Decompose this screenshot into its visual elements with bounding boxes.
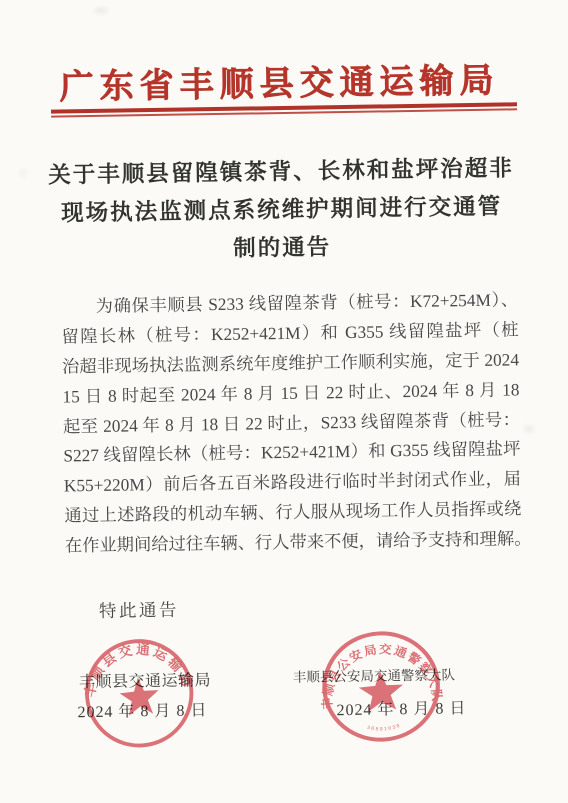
seal-serial-number: 30891038 [366, 722, 403, 733]
official-seal-traffic-police: 丰顺县公安局交通警察大队 30891038 [314, 623, 448, 749]
letterhead-agency-title: 广东省丰顺县交通运输局 [0, 52, 564, 110]
body-line: 在作业期间给过往车辆、行人带来不便，请给予支持和理解。 [65, 524, 522, 561]
notice-title: 关于丰顺县留隍镇茶背、长林和盐坪治超非 现场执法监测点系统维护期间进行交通管 制… [37, 149, 527, 271]
document-content: 广东省丰顺县交通运输局 关于丰顺县留隍镇茶背、长林和盐坪治超非 现场执法监测点系… [0, 0, 568, 803]
document-page: 广东省丰顺县交通运输局 关于丰顺县留隍镇茶背、长林和盐坪治超非 现场执法监测点系… [0, 0, 568, 803]
closing-phrase: 特此通告 [99, 597, 179, 623]
notice-body: 为确保丰顺县 S233 线留隍茶背（桩号：K72+254M）、S227 线 留隍… [61, 285, 522, 561]
seal-star-icon [118, 676, 160, 716]
notice-title-line: 现场执法监测点系统维护期间进行交通管 [37, 187, 526, 233]
svg-text:30891038: 30891038 [366, 722, 403, 733]
notice-title-line: 制的通告 [38, 225, 527, 271]
official-seal-transport-bureau: 丰顺县交通运输局 [76, 631, 201, 756]
seal-star-icon [358, 670, 405, 712]
